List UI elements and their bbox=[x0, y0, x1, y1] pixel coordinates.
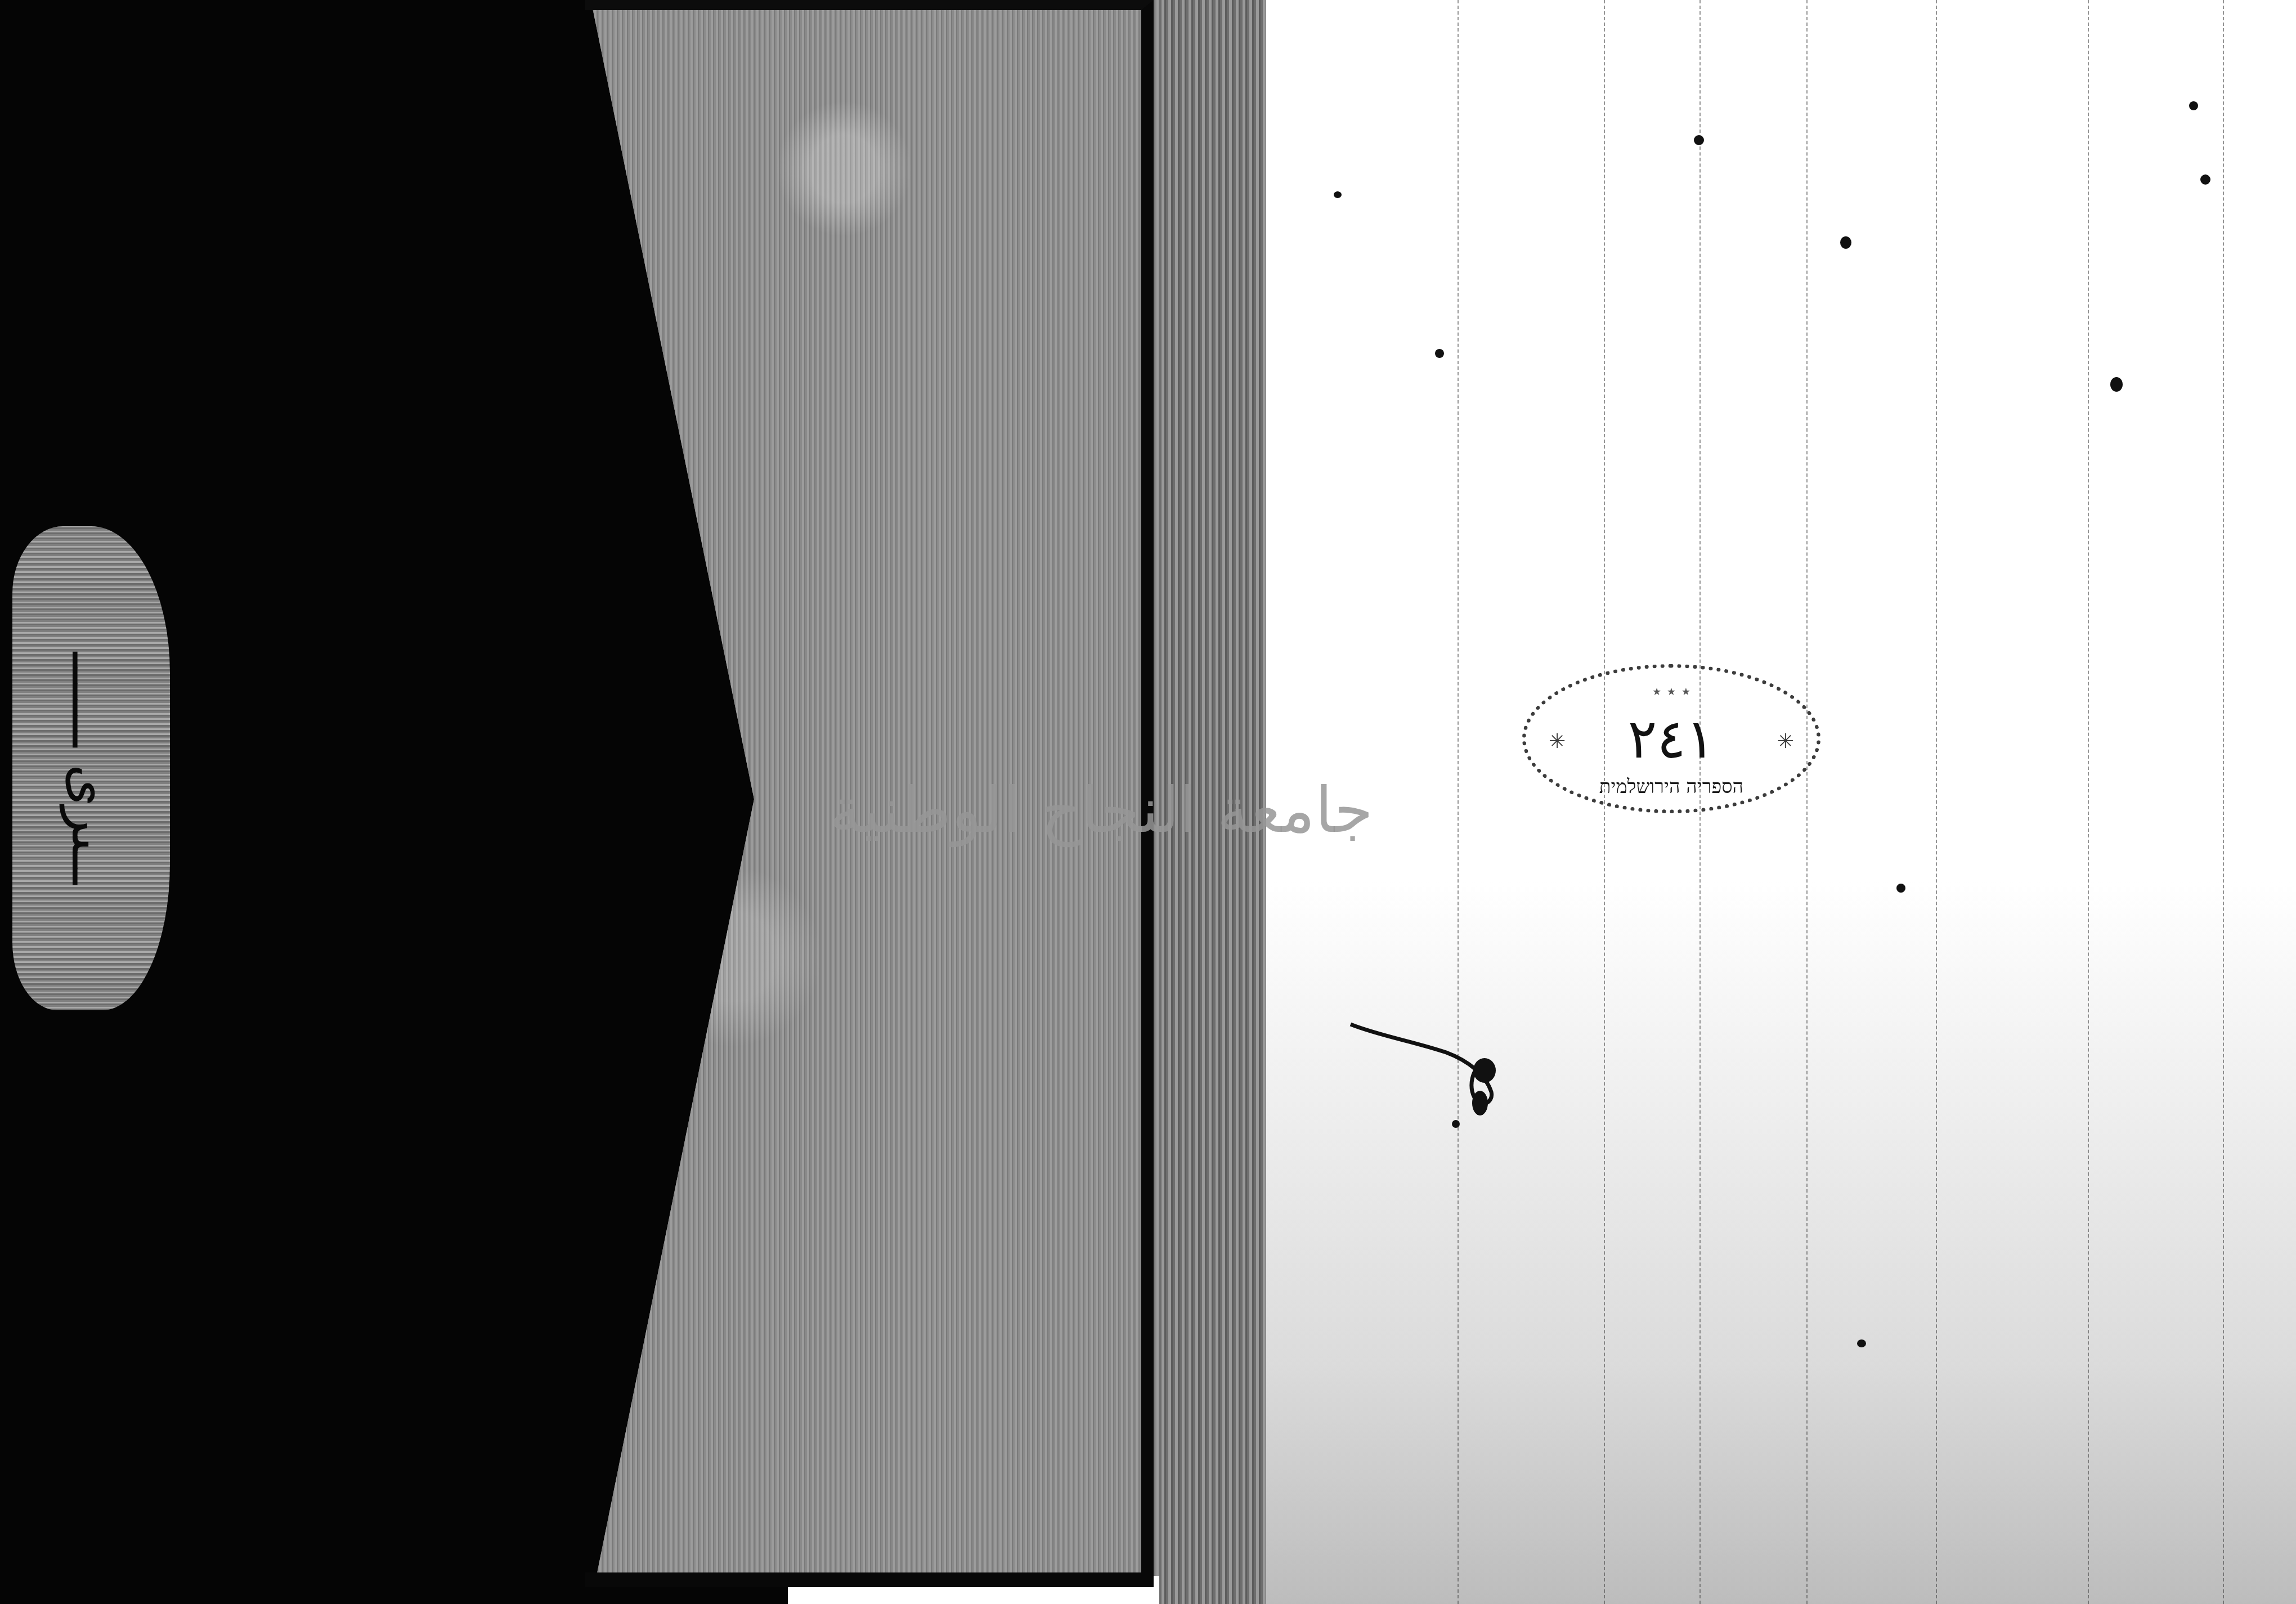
chain-line bbox=[1458, 0, 1459, 1604]
chain-line bbox=[2223, 0, 2224, 1604]
ink-speck bbox=[1857, 1339, 1866, 1347]
chain-line bbox=[1806, 0, 1808, 1604]
shelf-label-text: ــٮرى ــــــ bbox=[60, 652, 123, 885]
thread-icon bbox=[1345, 1007, 1514, 1120]
ink-speck bbox=[1334, 191, 1342, 198]
shelf-label: ــٮرى ــــــ bbox=[12, 526, 170, 1010]
ink-speck bbox=[2110, 377, 2123, 392]
stamp-top-text: ٭ ٭ ٭ bbox=[1526, 682, 1817, 701]
chain-line bbox=[2088, 0, 2089, 1604]
book-spine bbox=[1159, 0, 1270, 1604]
flyleaf-page bbox=[1266, 0, 2296, 1604]
ink-speck bbox=[1452, 1120, 1460, 1128]
ink-speck bbox=[1840, 236, 1851, 249]
manuscript-scan: ــٮرى ــــــ ٭ ٭ ٭ ✳ ٢٤١ ✳ הספריה הירושל… bbox=[0, 0, 2296, 1604]
stamp-number: ٢٤١ bbox=[1526, 707, 1817, 770]
ink-speck bbox=[1896, 884, 1905, 893]
stamp-library-name: הספריה הירושלמית bbox=[1526, 776, 1817, 798]
chain-line bbox=[1936, 0, 1937, 1604]
ink-speck bbox=[2189, 101, 2198, 110]
library-stamp: ٭ ٭ ٭ ✳ ٢٤١ ✳ הספריה הירושלמית bbox=[1522, 664, 1820, 813]
ink-speck bbox=[1694, 135, 1704, 145]
ink-speck bbox=[2200, 174, 2210, 185]
pastedown-frame-edge bbox=[585, 0, 1154, 1587]
ink-speck bbox=[1435, 349, 1444, 358]
star-icon: ✳ bbox=[1777, 730, 1794, 753]
